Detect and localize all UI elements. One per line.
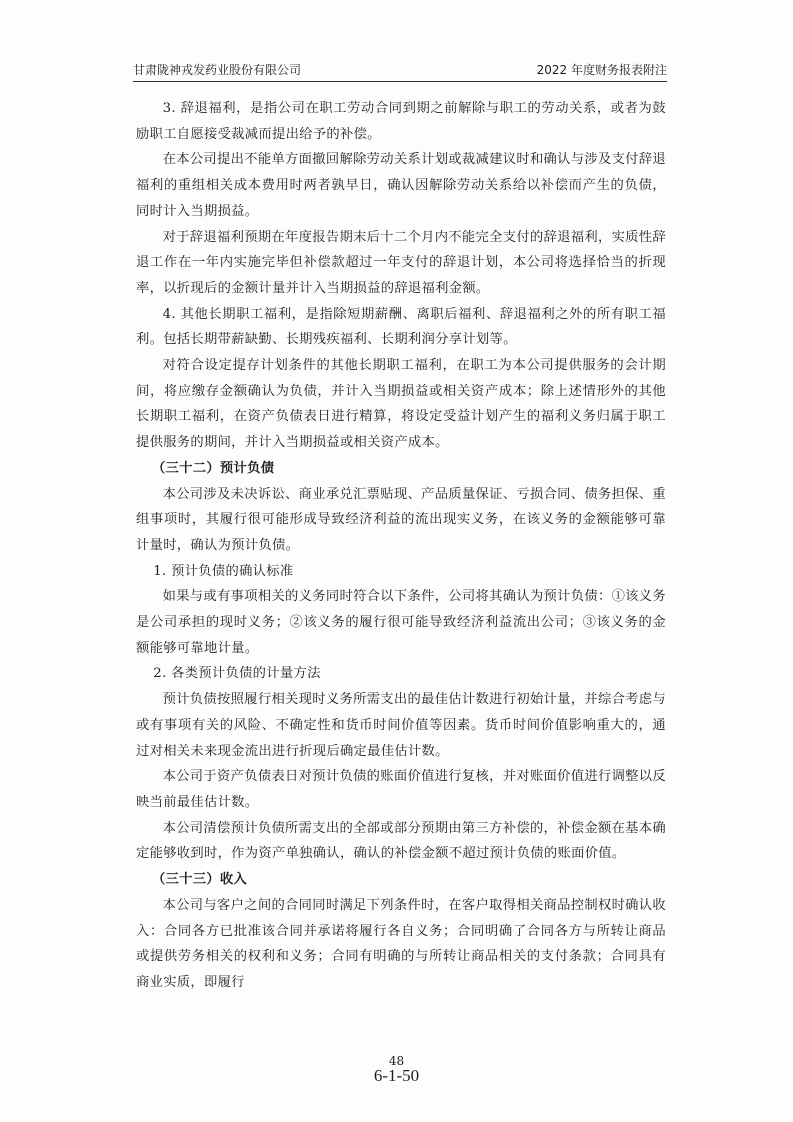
paragraph-revenue-conditions: 本公司与客户之间的合同同时满足下列条件时，在客户取得相关商品控制权时确认收入：合… [136, 893, 666, 996]
page-header: 甘肃陇神戎发药业股份有限公司 2022 年度财务报表附注 [133, 56, 667, 82]
document-body: 3. 辞退福利，是指公司在职工劳动合同到期之前解除与职工的劳动关系，或者为鼓励职… [136, 96, 666, 996]
paragraph-review: 本公司于资产负债表日对预计负债的账面价值进行复核，并对账面价值进行调整以反映当前… [136, 764, 666, 815]
report-title: 2022 年度财务报表附注 [537, 61, 667, 78]
page-code: 6-1-50 [0, 1066, 793, 1086]
paragraph-reimbursement: 本公司清偿预计负债所需支出的全部或部分预期由第三方补偿的，补偿金额在基本确定能够… [136, 816, 666, 867]
section-heading-revenue: （三十三）收入 [136, 867, 666, 893]
company-name: 甘肃陇神戎发药业股份有限公司 [133, 61, 301, 78]
subheading-measurement-method: 2. 各类预计负债的计量方法 [136, 661, 666, 687]
paragraph-termination-discount: 对于辞退福利预期在年度报告期末后十二个月内不能完全支付的辞退福利，实质性辞退工作… [136, 225, 666, 302]
paragraph-provisions-intro: 本公司涉及未决诉讼、商业承兑汇票贴现、产品质量保证、亏损合同、债务担保、重组事项… [136, 482, 666, 559]
paragraph-other-long-term-benefits: 4. 其他长期职工福利，是指除短期薪酬、离职后福利、辞退福利之外的所有职工福利。… [136, 302, 666, 353]
paragraph-initial-measurement: 预计负债按照履行相关现时义务所需支出的最佳估计数进行初始计量，并综合考虑与或有事… [136, 687, 666, 764]
paragraph-recognition-conditions: 如果与或有事项相关的义务同时符合以下条件，公司将其确认为预计负债：①该义务是公司… [136, 584, 666, 661]
paragraph-defined-contribution: 对符合设定提存计划条件的其他长期职工福利，在职工为本公司提供服务的会计期间，将应… [136, 353, 666, 456]
paragraph-termination-benefits: 3. 辞退福利，是指公司在职工劳动合同到期之前解除与职工的劳动关系，或者为鼓励职… [136, 96, 666, 147]
section-heading-provisions: （三十二）预计负债 [136, 456, 666, 482]
paragraph-termination-recognition: 在本公司提出不能单方面撤回解除劳动关系计划或裁减建议时和确认与涉及支付辞退福利的… [136, 147, 666, 224]
subheading-recognition-criteria: 1. 预计负债的确认标准 [136, 559, 666, 585]
